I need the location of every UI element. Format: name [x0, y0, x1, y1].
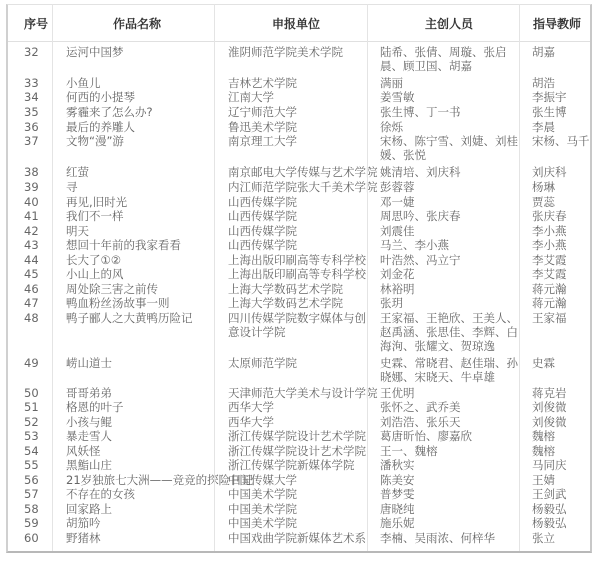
submitting-unit: 上海出版印刷高等专科学校: [228, 267, 378, 281]
creators: 王家福、王艳欣、王美人、赵禹涵、张思佳、李辉、白海洵、张耀文、贺琼逸: [380, 311, 526, 353]
advisor: 贾蕊: [532, 195, 594, 209]
row-number: 55: [24, 458, 54, 472]
work-title: 野猪林: [66, 531, 216, 545]
submitting-unit: 江南大学: [228, 90, 378, 104]
work-title: 最后的养雕人: [66, 120, 216, 134]
advisor: 蒋元瀚: [532, 282, 594, 296]
submitting-unit: 淮阴师范学院美术学院: [228, 45, 378, 59]
work-title: 风妖怪: [66, 444, 216, 458]
advisor: 王剑武: [532, 487, 594, 501]
work-title: 再见,旧时光: [66, 195, 216, 209]
advisor: 史霖: [532, 356, 594, 370]
submitting-unit: 吉林艺术学院: [228, 76, 378, 90]
work-title: 长大了①②: [66, 253, 216, 267]
advisor: 李小燕: [532, 224, 594, 238]
creators: 马兰、李小燕: [380, 238, 526, 252]
advisor: 魏榕: [532, 429, 594, 443]
advisor: 张生博: [532, 105, 594, 119]
submitting-unit: 南京理工大学: [228, 134, 378, 148]
work-title: 鸭血粉丝汤故事一则: [66, 296, 216, 310]
submitting-unit: 天津师范大学美术与设计学院: [228, 386, 378, 400]
submitting-unit: 太原师范学院: [228, 356, 378, 370]
column-divider: [52, 4, 53, 551]
advisor: 张庆春: [532, 209, 594, 223]
creators: 彭蓉蓉: [380, 180, 526, 194]
column-divider: [367, 4, 368, 551]
submitting-unit: 中国美术学院: [228, 516, 378, 530]
creators: 史霖、常晓君、赵佳瑞、孙晓娜、宋晓天、牛卓雄: [380, 356, 526, 384]
creators: 刘震佳: [380, 224, 526, 238]
creators: 葛唐昕怡、廖嘉欣: [380, 429, 526, 443]
advisor: 胡嘉: [532, 45, 594, 59]
creators: 施乐妮: [380, 516, 526, 530]
creators: 李楠、吴雨浓、何梓华: [380, 531, 526, 545]
column-divider: [214, 4, 215, 551]
advisor: 王家福: [532, 311, 594, 325]
work-title: 周处除三害之前传: [66, 282, 216, 296]
work-title: 雾霾来了怎么办?: [66, 105, 216, 119]
row-number: 52: [24, 415, 54, 429]
row-number: 60: [24, 531, 54, 545]
header-advisor: 指导教师: [524, 15, 590, 32]
row-number: 43: [24, 238, 54, 252]
submitting-unit: 四川传媒学院数字媒体与创意设计学院: [228, 311, 368, 339]
header-creators: 主创人员: [374, 15, 524, 32]
advisor: 李振宇: [532, 90, 594, 104]
work-title: 胡笳吟: [66, 516, 216, 530]
creators: 陈美安: [380, 473, 526, 487]
work-title: 暴走雪人: [66, 429, 216, 443]
creators: 邓一婕: [380, 195, 526, 209]
creators: 潘秋实: [380, 458, 526, 472]
creators: 张玥: [380, 296, 526, 310]
row-number: 48: [24, 311, 54, 325]
advisor: 杨毅弘: [532, 502, 594, 516]
creators: 王优明: [380, 386, 526, 400]
creators: 徐烁: [380, 120, 526, 134]
advisor: 李小燕: [532, 238, 594, 252]
advisor: 李晨: [532, 120, 594, 134]
creators: 周思吟、张庆春: [380, 209, 526, 223]
row-number: 42: [24, 224, 54, 238]
submitting-unit: 中国美术学院: [228, 487, 378, 501]
advisor: 马同庆: [532, 458, 594, 472]
work-title: 鸭子郦人之大黄鸭历险记: [66, 311, 216, 325]
work-title: 寻: [66, 180, 216, 194]
work-title: 回家路上: [66, 502, 216, 516]
creators: 姜雪敏: [380, 90, 526, 104]
work-title: 红萤: [66, 165, 216, 179]
creators: 刘浩浩、张乐天: [380, 415, 526, 429]
creators: 张生博、丁一书: [380, 105, 526, 119]
advisor: 刘俊微: [532, 415, 594, 429]
row-number: 41: [24, 209, 54, 223]
row-number: 47: [24, 296, 54, 310]
advisor: 胡浩: [532, 76, 594, 90]
submitting-unit: 山西传媒学院: [228, 224, 378, 238]
work-title: 想回十年前的我家看看: [66, 238, 216, 252]
submitting-unit: 西华大学: [228, 415, 378, 429]
submitting-unit: 上海出版印刷高等专科学校: [228, 253, 378, 267]
advisor: 李艾霞: [532, 253, 594, 267]
submitting-unit: 山西传媒学院: [228, 238, 378, 252]
creators: 唐晓纯: [380, 502, 526, 516]
advisor: 王婧: [532, 473, 594, 487]
work-title: 小孩与鲲: [66, 415, 216, 429]
submitting-unit: 上海大学数码艺术学院: [228, 296, 378, 310]
creators: 刘金花: [380, 267, 526, 281]
table-frame: 序号 作品名称 申报单位 主创人员 指导教师 32运河中国梦淮阴师范学院美术学院…: [6, 4, 592, 553]
submitting-unit: 内江师范学院张大千美术学院: [228, 180, 378, 194]
creators: 宋杨、陈宁雪、刘婕、刘桂媛、张悦: [380, 134, 526, 162]
work-title: 文物“漫”游: [66, 134, 216, 148]
advisor: 魏榕: [532, 444, 594, 458]
submitting-unit: 浙江传媒学院设计艺术学院: [228, 429, 378, 443]
table-header: 序号 作品名称 申报单位 主创人员 指导教师: [8, 5, 590, 42]
creators: 陆希、张倩、周璇、张启晨、顾卫国、胡嘉: [380, 45, 526, 73]
column-divider: [519, 4, 520, 551]
submitting-unit: 南京邮电大学传媒与艺术学院: [228, 165, 378, 179]
advisor: 宋杨、马千: [532, 134, 594, 148]
row-number: 58: [24, 502, 54, 516]
submitting-unit: 中国戏曲学院新媒体艺术系: [228, 531, 378, 545]
creators: 张怀之、武乔美: [380, 400, 526, 414]
row-number: 45: [24, 267, 54, 281]
submitting-unit: 浙江传媒学院新媒体学院: [228, 458, 378, 472]
creators: 王一、魏榕: [380, 444, 526, 458]
submitting-unit: 中国美术学院: [228, 502, 378, 516]
row-number: 33: [24, 76, 54, 90]
submitting-unit: 山西传媒学院: [228, 195, 378, 209]
row-number: 57: [24, 487, 54, 501]
row-number: 56: [24, 473, 54, 487]
submitting-unit: 浙江传媒学院设计艺术学院: [228, 444, 378, 458]
row-number: 40: [24, 195, 54, 209]
advisor: 蒋克岩: [532, 386, 594, 400]
work-title: 不存在的女孩: [66, 487, 216, 501]
work-title: 小山上的风: [66, 267, 216, 281]
submitting-unit: 上海大学数码艺术学院: [228, 282, 378, 296]
row-number: 38: [24, 165, 54, 179]
work-title: 格恩的叶子: [66, 400, 216, 414]
row-number: 35: [24, 105, 54, 119]
submitting-unit: 中国传媒大学: [228, 473, 378, 487]
row-number: 44: [24, 253, 54, 267]
work-title: 黑鮨山庄: [66, 458, 216, 472]
row-number: 34: [24, 90, 54, 104]
row-number: 46: [24, 282, 54, 296]
row-number: 49: [24, 356, 54, 370]
row-number: 50: [24, 386, 54, 400]
work-title: 哥哥弟弟: [66, 386, 216, 400]
advisor: 蒋元瀚: [532, 296, 594, 310]
advisor: 张立: [532, 531, 594, 545]
header-title: 作品名称: [62, 15, 212, 32]
advisor: 杨琳: [532, 180, 594, 194]
work-title: 何西的小提琴: [66, 90, 216, 104]
submitting-unit: 辽宁师范大学: [228, 105, 378, 119]
advisor: 杨毅弘: [532, 516, 594, 530]
submitting-unit: 鲁迅美术学院: [228, 120, 378, 134]
header-unit: 申报单位: [220, 15, 372, 32]
creators: 叶浩然、冯立宁: [380, 253, 526, 267]
work-title: 崂山道士: [66, 356, 216, 370]
header-no: 序号: [16, 15, 56, 32]
creators: 满丽: [380, 76, 526, 90]
creators: 普梦雯: [380, 487, 526, 501]
row-number: 39: [24, 180, 54, 194]
row-number: 32: [24, 45, 54, 59]
advisor: 李艾霞: [532, 267, 594, 281]
row-number: 54: [24, 444, 54, 458]
work-title: 小鱼儿: [66, 76, 216, 90]
work-title: 21岁独旅七大洲——竞竞的探险日记: [66, 473, 216, 487]
advisor: 刘俊微: [532, 400, 594, 414]
submitting-unit: 山西传媒学院: [228, 209, 378, 223]
row-number: 59: [24, 516, 54, 530]
creators: 林裕明: [380, 282, 526, 296]
work-title: 我们不一样: [66, 209, 216, 223]
work-title: 运河中国梦: [66, 45, 216, 59]
row-number: 37: [24, 134, 54, 148]
submitting-unit: 西华大学: [228, 400, 378, 414]
row-number: 53: [24, 429, 54, 443]
row-number: 36: [24, 120, 54, 134]
advisor: 刘庆科: [532, 165, 594, 179]
row-number: 51: [24, 400, 54, 414]
creators: 姚清培、刘庆科: [380, 165, 526, 179]
work-title: 明天: [66, 224, 216, 238]
